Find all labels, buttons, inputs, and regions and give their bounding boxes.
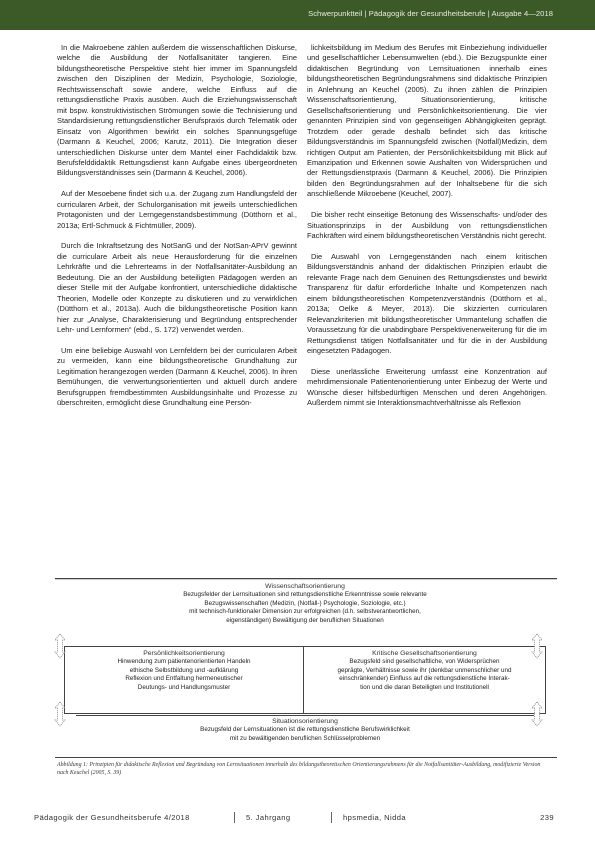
header-bar: Schwerpunktteil | Pädagogik der Gesundhe… [0, 0, 595, 30]
footer-volume: 5. Jahrgang [246, 813, 291, 822]
paragraph: Diese unerlässliche Erweiterung umfasst … [307, 367, 547, 409]
box-title: Kritische Gesellschaftsorientierung [304, 650, 545, 658]
box-title: Persönlichkeitsorientierung [65, 650, 303, 658]
box-line: geprägte, Verhältnisse sowie ihr (denkba… [304, 667, 545, 675]
box-title: Wissenschaftsorientierung [62, 583, 548, 591]
double-arrow-icon [531, 701, 543, 727]
double-arrow-icon [54, 633, 66, 659]
box-line: Hinwendung zum patientenorientierten Han… [65, 658, 303, 666]
box-situationsorientierung: Situationsorientierung Bezugsfeld der Le… [62, 716, 548, 752]
double-arrow-icon [531, 633, 543, 659]
paragraph: Durch die Inkraftsetzung des NotSanG und… [57, 241, 297, 335]
paragraph: Die Auswahl von Lerngegenständen nach ei… [307, 252, 547, 357]
figure-caption: Abbildung 1: Prinzipien für didaktische … [57, 761, 547, 777]
figure-bottom-rule [55, 757, 557, 758]
box-line: Bezugsfelder der Lernsituationen sind re… [62, 591, 548, 599]
footer-publisher: hpsmedia, Nidda [343, 813, 406, 822]
box-line: Deutungs- und Handlungsmuster [65, 684, 303, 692]
footer-journal: Pädagogik der Gesundheitsberufe 4/2018 [34, 813, 190, 822]
box-kritische-gesellschaftsorientierung: Kritische Gesellschaftsorientierung Bezu… [304, 646, 546, 714]
box-line: einschränkender) Einfluss auf die rettun… [304, 675, 545, 683]
page-footer: Pädagogik der Gesundheitsberufe 4/2018 5… [34, 813, 554, 827]
box-line: Reflexion und Entfaltung hermeneutischer [65, 675, 303, 683]
paragraph: Die bisher recht einseitige Betonung des… [307, 210, 547, 241]
paragraph: Um eine beliebige Auswahl von Lernfelder… [57, 346, 297, 409]
box-wissenschaftsorientierung: Wissenschaftsorientierung Bezugsfelder d… [62, 583, 548, 643]
paragraph: In die Makroebene zählen außerdem die wi… [57, 43, 297, 179]
paragraph: lichkeitsbildung im Medium des Berufes m… [307, 43, 547, 200]
footer-separator [331, 812, 332, 823]
double-arrow-icon [54, 701, 66, 727]
paragraph: Auf der Mesoebene findet sich u.a. der Z… [57, 189, 297, 231]
box-line: mit technisch-funktionaler Dimension zur… [62, 608, 548, 616]
box-line: mit zu bewältigenden beruflichen Schlüss… [62, 735, 548, 743]
page-number: 239 [540, 813, 554, 822]
left-text-column: In die Makroebene zählen außerdem die wi… [57, 43, 297, 419]
box-line: ethische Selbstbildung und -aufklärung [65, 667, 303, 675]
principles-diagram: Wissenschaftsorientierung Bezugsfelder d… [62, 581, 548, 756]
box-line: Bezugswissenschaften (Medizin, (Notfall-… [62, 600, 548, 608]
box-title: Situationsorientierung [62, 718, 548, 726]
box-line: eigenständigen) Bewältigung der beruflic… [62, 617, 548, 625]
box-line: Bezugsfeld der Lernsituationen ist die r… [62, 726, 548, 734]
right-text-column: lichkeitsbildung im Medium des Berufes m… [307, 43, 547, 419]
figure-top-rule [55, 578, 557, 580]
running-head: Schwerpunktteil | Pädagogik der Gesundhe… [308, 9, 553, 18]
footer-separator [234, 812, 235, 823]
box-line: tion und die daran Beteiligten und Insti… [304, 684, 545, 692]
box-persoenlichkeitsorientierung: Persönlichkeitsorientierung Hinwendung z… [64, 646, 304, 714]
box-line: Bezugsfeld sind gesellschaftliche, von W… [304, 658, 545, 666]
